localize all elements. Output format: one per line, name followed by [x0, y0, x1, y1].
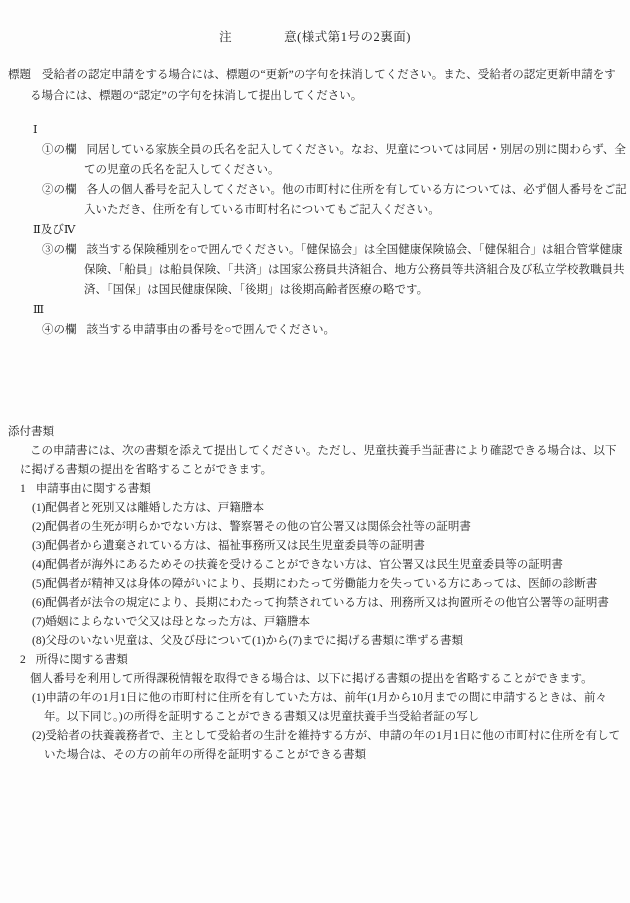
attachment-item: (2)受給者の扶養義務者で、主として受給者の生計を維持する方が、申請の年の1月1…: [0, 727, 630, 765]
column-item-3: ③の欄該当する保険種別を○で囲んでください。「健保協会」は全国健康保険協会、「健…: [0, 240, 630, 300]
attachments-intro: この申請書には、次の書類を添えて提出してください。ただし、児童扶養手当証書により…: [0, 442, 630, 480]
document-page: 注 意(様式第1号の2裏面) 標題受給者の認定申請をする場合には、標題の“更新”…: [0, 0, 630, 903]
attachment-item: (6)配偶者が法令の規定により、長期にわたって拘禁されている方は、刑務所又は拘置…: [0, 594, 630, 613]
section-3-heading: Ⅲ: [0, 300, 630, 320]
headnote-label: 標題: [8, 69, 31, 81]
section-3: Ⅲ ④の欄該当する申請事由の番号を○で囲んでください。: [0, 300, 630, 340]
attachment-item: (7)婚姻によらないで父又は母となった方は、戸籍謄本: [0, 613, 630, 632]
attachment-item: (5)配偶者が精神又は身体の障がいにより、長期にわたって労働能力を失っている方に…: [0, 575, 630, 594]
section-1-heading: Ⅰ: [0, 120, 630, 140]
column-item-4: ④の欄該当する申請事由の番号を○で囲んでください。: [0, 320, 630, 340]
column-item-2-text: 各人の個人番号を記入してください。他の市町村に住所を有している方については、必ず…: [84, 184, 627, 216]
attachment-item: (4)配偶者が海外にあるためその扶養を受けることができない方は、官公署又は民生児…: [0, 556, 630, 575]
attachment-item: (2)配偶者の生死が明らかでない方は、警察署その他の官公署又は関係会社等の証明書: [0, 518, 630, 537]
headnote-text: 受給者の認定申請をする場合には、標題の“更新”の字句を抹消してください。また、受…: [30, 69, 616, 102]
column-item-3-text: 該当する保険種別を○で囲んでください。「健保協会」は全国健康保険協会、「健保組合…: [84, 244, 625, 296]
attachment-item: (1)配偶者と死別又は離婚した方は、戸籍謄本: [0, 499, 630, 518]
column-item-1-text: 同居している家族全員の氏名を記入してください。なお、児童については同居・別居の別…: [84, 144, 626, 176]
section-2-and-4: Ⅱ及びⅣ ③の欄該当する保険種別を○で囲んでください。「健保協会」は全国健康保険…: [0, 220, 630, 300]
attachment-group-1-number: 1: [20, 483, 26, 495]
column-item-3-label: ③の欄: [42, 244, 77, 256]
column-item-2-label: ②の欄: [42, 184, 77, 196]
column-item-1-label: ①の欄: [42, 144, 77, 156]
attachment-item: (8)父母のいない児童は、父及び母について(1)から(7)までに掲げる書類に準ず…: [0, 632, 630, 651]
column-item-1: ①の欄同居している家族全員の氏名を記入してください。なお、児童については同居・別…: [0, 140, 630, 180]
column-instructions: Ⅰ ①の欄同居している家族全員の氏名を記入してください。なお、児童については同居…: [0, 120, 630, 340]
column-item-2: ②の欄各人の個人番号を記入してください。他の市町村に住所を有している方については…: [0, 180, 630, 220]
column-item-4-label: ④の欄: [42, 324, 77, 336]
page-title: 注 意(様式第1号の2裏面): [0, 27, 630, 47]
headnote-paragraph: 標題受給者の認定申請をする場合には、標題の“更新”の字句を抹消してください。また…: [0, 65, 630, 107]
attachment-group-1-title: 申請事由に関する書類: [36, 483, 151, 495]
attachment-group-2-title: 所得に関する書類: [36, 654, 128, 666]
column-item-4-text: 該当する申請事由の番号を○で囲んでください。: [87, 324, 335, 336]
attachment-group-2-note: 個人番号を利用して所得課税情報を取得できる場合は、以下に掲げる書類の提出を省略す…: [0, 670, 630, 689]
section-1: Ⅰ ①の欄同居している家族全員の氏名を記入してください。なお、児童については同居…: [0, 120, 630, 220]
attachments-heading: 添付書類: [0, 423, 630, 442]
attachment-item: (1)申請の年の1月1日に他の市町村に住所を有していた方は、前年(1月から10月…: [0, 689, 630, 727]
attachment-group-2-number: 2: [20, 654, 26, 666]
attachment-group-2-header: 2所得に関する書類: [0, 651, 630, 670]
attachments-section: 添付書類 この申請書には、次の書類を添えて提出してください。ただし、児童扶養手当…: [0, 423, 630, 765]
attachment-item: (3)配偶者から遺棄されている方は、福祉事務所又は民生児童委員等の証明書: [0, 537, 630, 556]
attachment-group-1-header: 1申請事由に関する書類: [0, 480, 630, 499]
section-2-and-4-heading: Ⅱ及びⅣ: [0, 220, 630, 240]
